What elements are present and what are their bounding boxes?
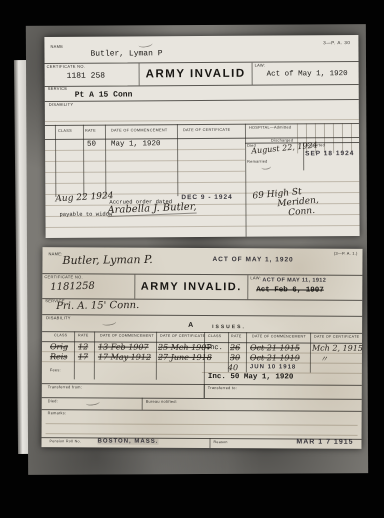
service-value-handwritten: Pri. A. 15' Conn. — [56, 300, 139, 312]
mar-17-1915-stamp: MAR 1 7 1915 — [296, 438, 353, 445]
issue-row-certificate: 27 June 1918 — [158, 353, 212, 362]
transferred-from-label: Transferred from: — [48, 386, 82, 390]
hospital-grid-line — [333, 123, 334, 153]
column-line — [156, 332, 157, 380]
name-label: NAME — [50, 45, 63, 49]
column-line — [245, 124, 247, 237]
law-cell: Law: Act of May 1, 1920 — [253, 62, 359, 85]
issue-row-certificate: Mch 2, 1915 — [312, 344, 363, 353]
issue-row-class: Inc. — [206, 344, 223, 352]
issue-row-class: Orig — [50, 342, 68, 351]
hospital-grid-line — [342, 123, 343, 153]
header-row: Certificate No. 1181258 ARMY INVALID. La… — [42, 273, 362, 301]
remarks-label: Remarks: — [48, 412, 67, 416]
issue-row-certificate: 25 Mch 1907 — [158, 343, 211, 352]
rule-line — [46, 433, 358, 436]
col-rate: RATE — [85, 130, 96, 134]
col-certificate: DATE OF CERTIFICATE — [183, 129, 230, 133]
issue-row-commencement: 13 Feb 1907 — [98, 342, 149, 351]
issue-row-rate: 17 — [78, 352, 88, 361]
col-rate: RATE — [78, 334, 89, 338]
disability-label: Disability — [46, 316, 71, 320]
rule-line — [46, 225, 360, 228]
column-line — [246, 332, 247, 372]
col-commencement: DATE OF COMMENCEMENT — [100, 334, 154, 338]
service-label: Service — [48, 87, 68, 91]
name-value-handwritten: Butler, Lyman P. — [62, 253, 152, 267]
agency-stamp: BOSTON, MASS. — [97, 438, 158, 444]
issue-row-commencement: Oct 21 1919 — [250, 353, 300, 362]
col-commencement-right: DATE OF COMMENCEMENT — [252, 335, 306, 339]
certificate-label: Certificate No. — [47, 65, 86, 69]
act-of-1920-stamp: ACT OF MAY 1, 1920 — [212, 256, 293, 263]
transferred-to-label: Transferred to: — [208, 387, 237, 391]
commencement-value: May 1, 1920 — [111, 140, 161, 148]
divider-line — [142, 398, 143, 410]
issue-row-class: Reis — [50, 352, 67, 361]
act-of-1912-stamp: ACT OF MAY 11, 1912 — [262, 277, 326, 283]
table-top-line — [45, 123, 359, 126]
law-label: Law: — [255, 64, 266, 68]
rule-line — [45, 171, 245, 173]
pension-roll-label: Pension Roll No. — [49, 440, 81, 444]
title-cell: ARMY INVALID. — [135, 275, 248, 300]
rule-line — [46, 423, 358, 426]
fees-label: Fees: — [50, 369, 61, 373]
law-value: Act of May 1, 1920 — [267, 70, 348, 78]
section-line — [42, 409, 362, 412]
certificate-cell: Certificate No. 1181 258 — [45, 63, 140, 86]
issue-row-ditto-mark: 〃 — [320, 354, 328, 365]
certificate-cell: Certificate No. 1181258 — [42, 274, 135, 298]
col-commencement: DATE OF COMMENCEMENT — [111, 129, 168, 133]
accrued-order-date-stamp: DEC 9 - 1924 — [181, 194, 232, 201]
issue-row-commencement: Oct 21 1915 — [250, 343, 300, 352]
law-cell: Law: ACT OF MAY 11, 1912 Act Feb 6, 1907 — [248, 275, 362, 300]
hospital-label: HOSPITAL—Admitted — [249, 126, 291, 130]
photograph-of-pension-cards: NAME Butler, Lyman P 3—P. A. 30 Certific… — [0, 0, 384, 518]
col-class-right: CLASS — [208, 335, 221, 339]
address-line-3: Conn. — [288, 205, 320, 218]
card-title: ARMY INVALID. — [135, 281, 247, 294]
pencil-mark — [102, 319, 117, 327]
reported-label: Reported — [307, 144, 325, 148]
law-label: Law: — [250, 276, 261, 280]
form-number: 3—P. A. 30 — [323, 41, 350, 46]
column-line — [74, 331, 75, 379]
rule-line — [42, 314, 362, 317]
rate-value: 50 — [87, 141, 96, 149]
section-line — [42, 383, 362, 386]
increase-50-line: Inc. 50 May 1, 1920 — [208, 373, 294, 381]
disability-label: Disability — [49, 103, 74, 107]
rule-line — [45, 119, 359, 122]
bureau-notified-label: Bureau notified: — [146, 401, 177, 405]
certificate-number: 1181 258 — [67, 72, 105, 81]
jun-10-1918-stamp: JUN 10 1918 — [250, 364, 296, 370]
issues-heading: ISSUES. — [212, 325, 246, 330]
divider-line — [209, 438, 210, 448]
rule-line — [45, 181, 359, 184]
reason-label: Reason — [213, 441, 227, 445]
col-class: CLASS — [58, 130, 72, 134]
issue-row-rate: 26 — [230, 343, 240, 352]
issue-row-rate: 40 — [228, 363, 238, 372]
reported-date-stamp: SEP 18 1924 — [305, 150, 354, 157]
column-line — [310, 333, 311, 373]
pension-card-bottom: NAME: Butler, Lyman P. ACT OF MAY 1, 192… — [41, 247, 362, 449]
pencil-mark — [85, 399, 100, 407]
name-value: Butler, Lyman P — [90, 49, 162, 58]
struck-act-1907: Act Feb 6, 1907 — [256, 286, 324, 294]
pension-card-top: NAME Butler, Lyman P 3—P. A. 30 Certific… — [44, 35, 359, 238]
issue-row-commencement: 17 May 1912 — [98, 352, 151, 361]
hospital-grid-line — [351, 123, 352, 153]
name-label: NAME: — [48, 252, 62, 256]
column-line — [94, 331, 95, 379]
certificate-number-handwritten: 1181258 — [50, 281, 95, 293]
rule-line — [45, 160, 245, 162]
certificate-label: Certificate No. — [44, 275, 83, 279]
service-value: Pt A 15 Conn — [75, 90, 133, 99]
accrued-date-handwritten: Aug 22 1924 — [55, 191, 114, 204]
col-certificate: DATE OF CERTIFICATE — [160, 335, 205, 339]
col-certificate-right: DATE OF CERTIFICATE — [314, 336, 359, 340]
col-rate-right: RATE — [231, 335, 242, 339]
pencil-mark — [138, 40, 153, 48]
died-label: Died: — [48, 400, 58, 404]
header-row: Certificate No. 1181 258 ARMY INVALID La… — [45, 61, 359, 87]
header-bottom-line — [45, 137, 359, 140]
rule-line — [45, 149, 245, 151]
divider-line — [204, 384, 205, 398]
payable-to-widow-text: payable to widow — [59, 211, 112, 218]
hospital-grid-line — [324, 123, 325, 153]
issue-row-rate: 12 — [78, 342, 88, 351]
form-number: (3—P. A. 1.) — [334, 252, 358, 256]
pencil-mark — [261, 163, 272, 170]
card-title: ARMY INVALID — [140, 68, 252, 81]
address-block: 69 High St Meriden, Conn. — [252, 186, 320, 222]
col-class: CLASS — [54, 334, 67, 338]
title-cell: ARMY INVALID — [140, 63, 253, 86]
issues-pencil-mark: A — [188, 322, 193, 329]
issue-row-rate: 30 — [230, 353, 240, 362]
